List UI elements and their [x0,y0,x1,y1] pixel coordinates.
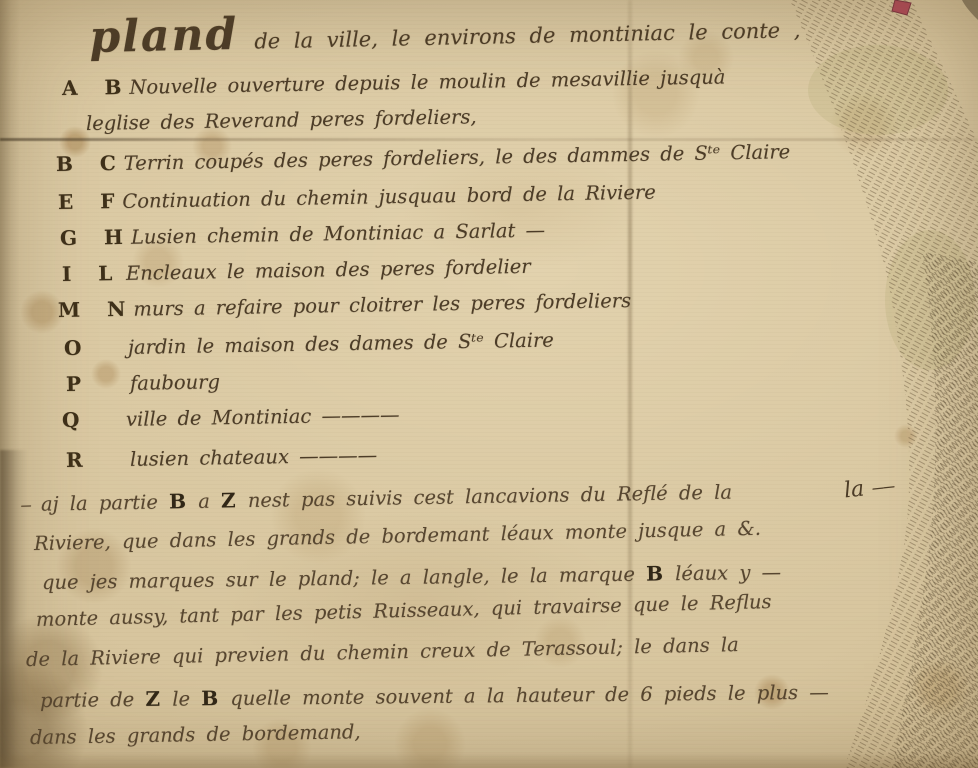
legend-text-ab: Nouvelle ouverture depuis le moulin de m… [129,65,725,98]
note-line-7: dans les grands de bordemand, [30,720,361,749]
note-text: quelle monte souvent a la hauteur de 6 p… [219,681,829,710]
note-line-3: que jes marques sur le pland; le a langl… [42,560,781,594]
legend-key-p: P [66,371,130,396]
legend-key-il: I L [62,261,126,286]
legend-entry-ab: A BNouvelle ouverture depuis le moulin d… [62,64,726,100]
page-title-rest: de la ville, le environs de montiniac le… [254,18,801,53]
note-text: dans les grands de bordemand, [30,720,361,749]
legend-entry-bc: B CTerrin coupés des peres fordeliers, l… [56,139,791,176]
note-text: que jes marques sur le pland; le a langl… [42,563,646,594]
note-text: monte aussy, tant par les petis Ruisseau… [36,590,772,631]
note-line-2: Riviere, que dans les grands de bordeman… [34,517,761,555]
legend-text-r: lusien chateaux ———— [130,444,378,471]
note-line-6: partie de Z le B quelle monte souvent a … [40,680,829,712]
legend-key-gh: G H [60,225,131,250]
page-title: plandde la ville, le environs de montini… [89,0,801,63]
legend-entry-q: Qville de Montiniac ———— [62,402,400,432]
note-text: de la Riviere qui previen du chemin creu… [26,633,739,671]
legend-key-q: Q [62,407,126,432]
note-text: léaux y — [664,561,781,586]
legend-entry-ef: E FContinuation du chemin jusquau bord d… [58,180,656,214]
legend-entry-p: Pfaubourg [66,369,220,396]
legend-entry-r: Rlusien chateaux ———— [66,443,378,472]
legend-text-il: Encleaux le maison des peres fordelier [126,255,531,285]
legend-text-q: ville de Montiniac ———— [126,403,400,431]
note-line-5: de la Riviere qui previen du chemin creu… [26,633,739,671]
note-letter-b: B [201,686,219,710]
note-text: ⎯ aj la partie [20,490,170,516]
legend-entry-mn: M Nmurs a refaire pour cloitrer les pere… [58,288,632,322]
legend-text-ab-line2: leglise des Reverand peres fordeliers, [86,105,477,135]
legend-entry-il: I LEncleaux le maison des peres fordelie… [62,254,531,286]
note-text: partie de [40,688,146,712]
paper-edge-bottom [0,752,978,768]
note-letter-b: B [169,489,187,513]
horizontal-fold-crease [0,138,978,141]
legend-text-o: jardin le maison des dames de Sᵗᵉ Claire [128,328,554,358]
legend-key-o: O [64,335,128,360]
note-line-4: monte aussy, tant par les petis Ruisseau… [36,590,772,631]
note-letter-z: Z [145,687,161,711]
note-text: nest pas suivis cest lancavions du Reflé… [236,481,732,513]
legend-text-bc: Terrin coupés des peres fordeliers, le d… [124,140,791,175]
note-letter-b: B [646,561,664,585]
note-text: Riviere, que dans les grands de bordeman… [34,517,761,555]
legend-key-r: R [66,447,130,472]
paper-edge-left [0,0,20,768]
note-letter-z: Z [221,488,237,512]
legend-key-ef: E F [58,189,123,214]
legend-entry-o: Ojardin le maison des dames de Sᵗᵉ Clair… [64,327,554,360]
legend-text-ef: Continuation du chemin jusquau bord de l… [122,181,656,213]
manuscript-page: plandde la ville, le environs de montini… [0,0,978,768]
legend-text-p: faubourg [130,370,220,395]
note-text: a [187,489,221,513]
legend-text-mn: murs a refaire pour cloitrer les peres f… [133,289,631,321]
legend-key-bc: B C [56,151,124,176]
page-title-lead: pland [89,9,239,63]
note-text: le [161,687,201,710]
legend-key-ab: A B [62,75,130,100]
legend-entry-ab-continuation: leglise des Reverand peres fordeliers, [86,105,477,135]
margin-annotation-la: la ⎯⎯ [843,473,895,503]
red-building-mark-icon [892,0,911,15]
legend-text-gh: Lusien chemin de Montiniac a Sarlat — [131,219,546,249]
note-line-1: ⎯ aj la partie B a Z nest pas suivis ces… [20,480,732,516]
legend-key-mn: M N [58,297,134,322]
legend-entry-gh: G HLusien chemin de Montiniac a Sarlat — [60,218,545,250]
